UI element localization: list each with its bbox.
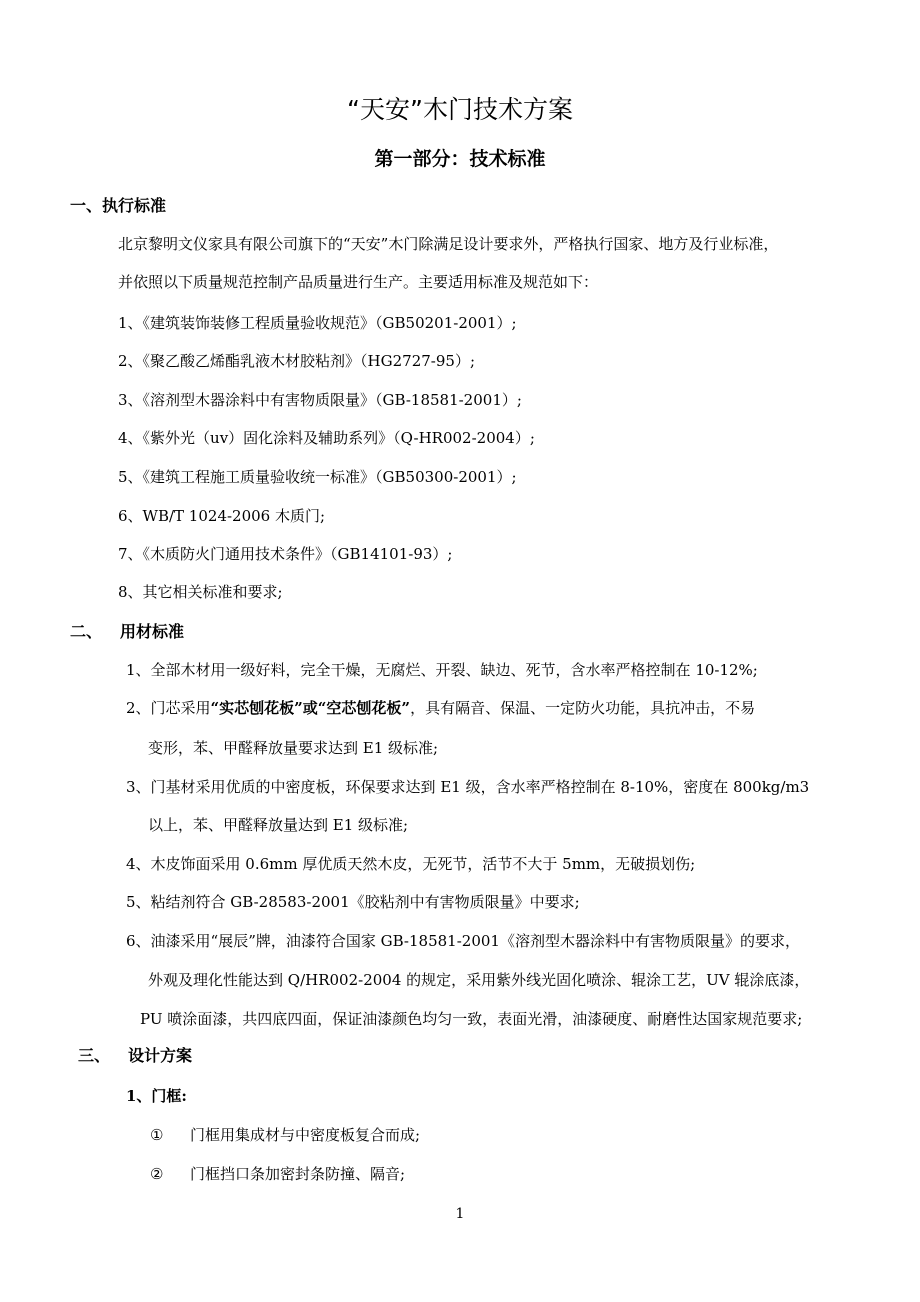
standard-list-item: 7、《木质防火门通用技术条件》（GB14101-93）; — [118, 544, 452, 564]
material-list-item-continuation: 外观及理化性能达到 Q/HR002-2004 的规定，采用紫外线光固化喷涂、辊涂… — [148, 970, 809, 990]
section-heading-material-standards: 二、用材标准 — [70, 622, 184, 642]
material-list-item-continuation: PU 喷涂面漆，共四底四面，保证油漆颜色均匀一致，表面光滑，油漆硬度、耐磨性达国… — [140, 1009, 802, 1029]
standard-list-item: 1、《建筑装饰装修工程质量验收规范》（GB50201-2001）; — [118, 313, 517, 333]
material-list-item: 6、油漆采用“展辰”牌，油漆符合国家 GB-18581-2001《溶剂型木器涂料… — [126, 931, 800, 951]
standard-list-item: 6、WB/T 1024-2006 木质门; — [118, 506, 325, 526]
section-number: 二、 — [70, 622, 102, 641]
section-title: 用材标准 — [120, 622, 184, 641]
standard-list-item: 3、《溶剂型木器涂料中有害物质限量》（GB-18581-2001）; — [118, 390, 522, 410]
document-subtitle: 第一部分：技术标准 — [0, 146, 920, 172]
section-title: 执行标准 — [102, 196, 166, 215]
intro-paragraph-line: 并依照以下质量规范控制产品质量进行生产。主要适用标准及规范如下： — [118, 272, 598, 292]
material-list-item: 1、全部木材用一级好料，完全干燥，无腐烂、开裂、缺边、死节，含水率严格控制在 1… — [126, 660, 758, 680]
section-title: 设计方案 — [128, 1046, 192, 1065]
circled-number-marker: ② — [150, 1164, 190, 1184]
subsection-heading-door-frame: 1、门框: — [126, 1086, 187, 1106]
section-number: 一、 — [70, 196, 102, 215]
material-list-item: 3、门基材采用优质的中密度板，环保要求达到 E1 级，含水率严格控制在 8-10… — [126, 777, 809, 797]
door-frame-item: ①门框用集成材与中密度板复合而成; — [150, 1125, 420, 1145]
document-title: “天安”木门技术方案 — [0, 93, 920, 127]
section-heading-execution-standards: 一、执行标准 — [70, 196, 166, 216]
page-number: 1 — [0, 1206, 920, 1222]
section-heading-design-plan: 三、设计方案 — [78, 1046, 192, 1066]
standard-list-item: 4、《紫外光（uv）固化涂料及辅助系列》（Q-HR002-2004）; — [118, 428, 535, 448]
material-list-item: 2、门芯采用“实芯刨花板”或“空芯刨花板”，具有隔音、保温、一定防火功能，具抗冲… — [126, 698, 755, 718]
material-list-item: 5、粘结剂符合 GB-28583-2001《胶粘剂中有害物质限量》中要求; — [126, 892, 580, 912]
standard-list-item: 5、《建筑工程施工质量验收统一标准》（GB50300-2001）; — [118, 467, 517, 487]
document-page: “天安”木门技术方案 第一部分：技术标准 一、执行标准 北京黎明文仪家具有限公司… — [0, 0, 920, 1302]
material-list-item-continuation: 变形，苯、甲醛释放量要求达到 E1 级标准; — [148, 738, 438, 758]
section-number: 三、 — [78, 1046, 110, 1065]
material-list-item-continuation: 以上，苯、甲醛释放量达到 E1 级标准; — [148, 815, 408, 835]
door-frame-item: ②门框挡口条加密封条防撞、隔音; — [150, 1164, 405, 1184]
standard-list-item: 2、《聚乙酸乙烯酯乳液木材胶粘剂》（HG2727-95）; — [118, 351, 475, 371]
intro-paragraph-line: 北京黎明文仪家具有限公司旗下的“天安”木门除满足设计要求外，严格执行国家、地方及… — [118, 234, 778, 254]
bold-emphasis: “实芯刨花板”或“空芯刨花板” — [211, 699, 411, 717]
circled-number-marker: ① — [150, 1125, 190, 1145]
standard-list-item: 8、其它相关标准和要求; — [118, 582, 283, 602]
material-list-item: 4、木皮饰面采用 0.6mm 厚优质天然木皮，无死节，活节不大于 5mm，无破损… — [126, 854, 695, 874]
